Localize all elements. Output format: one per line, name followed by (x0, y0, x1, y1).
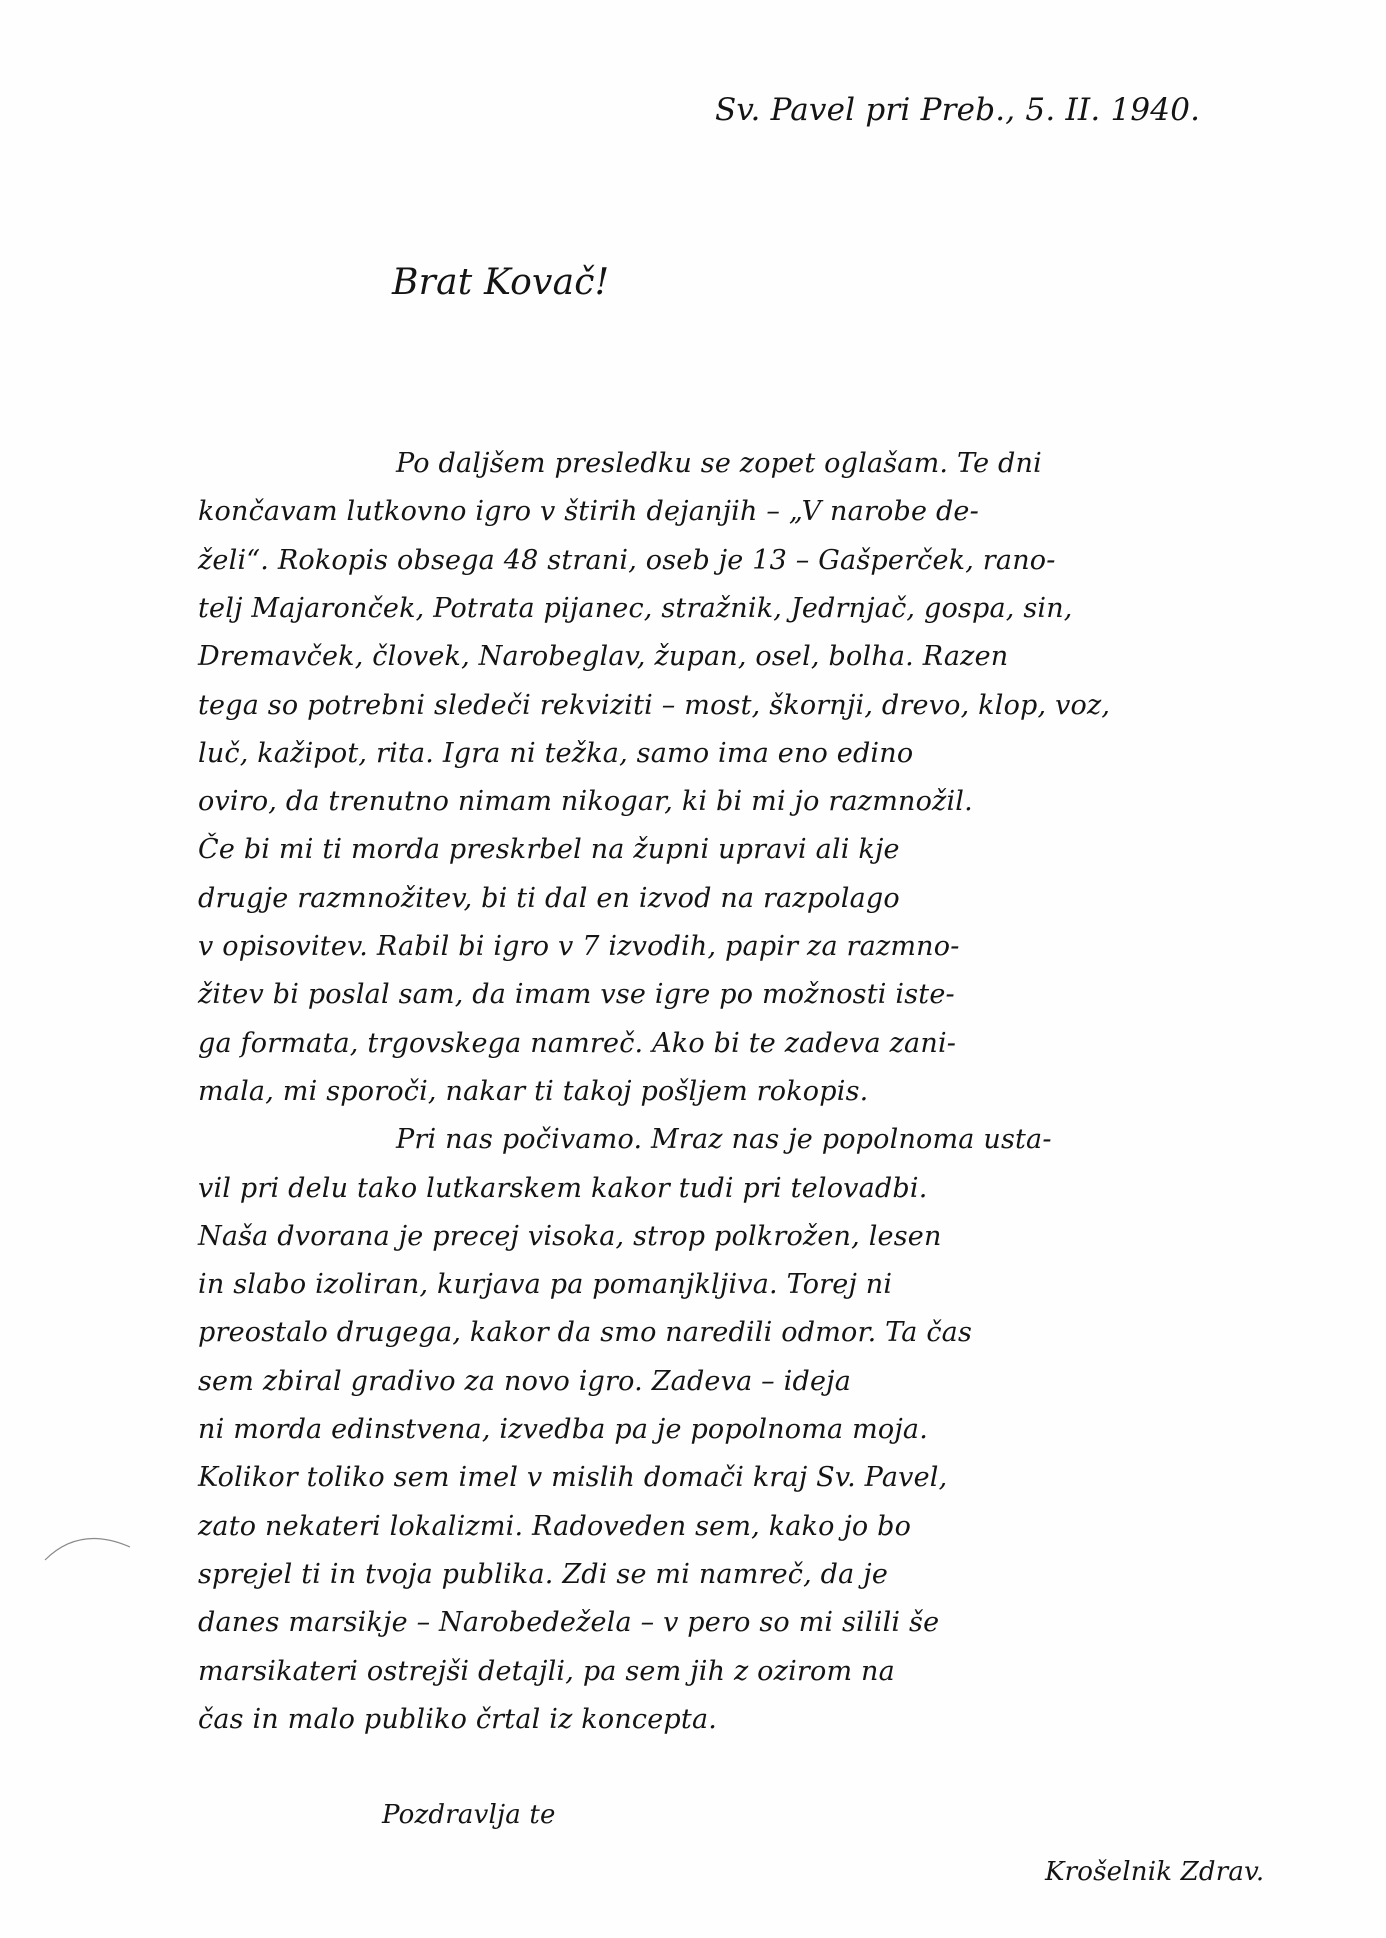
letter-line: ga formata, trgovskega namreč. Ako bi te… (198, 1030, 956, 1057)
letter-line: žitev bi poslal sam, da imam vse igre po… (198, 981, 955, 1008)
letter-line: tega so potrebni sledeči rekviziti – mos… (198, 692, 1110, 719)
letter-line: Po daljšem presledku se zopet oglašam. T… (396, 450, 1042, 477)
letter-page: Sv. Pavel pri Preb., 5. II. 1940. Brat K… (0, 0, 1386, 1938)
stray-pencil-mark (40, 1525, 135, 1565)
letter-line: telj Majaronček, Potrata pijanec, stražn… (198, 595, 1073, 622)
letter-line: oviro, da trenutno nimam nikogar, ki bi … (198, 788, 973, 815)
letter-line: ni morda edinstvena, izvedba pa je popol… (198, 1416, 928, 1443)
letter-line: vil pri delu tako lutkarskem kakor tudi … (198, 1175, 928, 1202)
letter-line: zato nekateri lokalizmi. Radoveden sem, … (198, 1513, 911, 1540)
letter-line: Naša dvorana je precej visoka, strop pol… (198, 1223, 942, 1250)
letter-signature: Krošelnik Zdrav. (1045, 1857, 1264, 1887)
letter-line: Če bi mi ti morda preskrbel na župni upr… (198, 836, 900, 863)
letter-line: sprejel ti in tvoja publika. Zdi se mi n… (198, 1561, 888, 1588)
letter-dateline: Sv. Pavel pri Preb., 5. II. 1940. (715, 92, 1200, 128)
letter-line: Kolikor toliko sem imel v mislih domači … (198, 1464, 947, 1491)
letter-line: želi“. Rokopis obsega 48 strani, oseb je… (198, 547, 1056, 574)
letter-line: marsikateri ostrejši detajli, pa sem jih… (198, 1658, 895, 1685)
letter-closing: Pozdravlja te (382, 1800, 556, 1830)
letter-line: Dremavček, človek, Narobeglav, župan, os… (198, 643, 1008, 670)
letter-line: danes marsikje – Narobedežela – v pero s… (198, 1609, 939, 1636)
letter-salutation: Brat Kovač! (392, 262, 609, 303)
letter-line: mala, mi sporoči, nakar ti takoj pošljem… (198, 1078, 868, 1105)
letter-line: v opisovitev. Rabil bi igro v 7 izvodih,… (198, 933, 960, 960)
letter-line: končavam lutkovno igro v štirih dejanjih… (198, 498, 979, 525)
letter-line: preostalo drugega, kakor da smo naredili… (198, 1319, 972, 1346)
letter-line: luč, kažipot, rita. Igra ni težka, samo … (198, 740, 913, 767)
letter-line: drugje razmnožitev, bi ti dal en izvod n… (198, 885, 900, 912)
letter-line: sem zbiral gradivo za novo igro. Zadeva … (198, 1368, 851, 1395)
letter-line: Pri nas počivamo. Mraz nas je popolnoma … (396, 1126, 1052, 1153)
letter-line: čas in malo publiko črtal iz koncepta. (198, 1706, 717, 1733)
letter-line: in slabo izoliran, kurjava pa pomanjklji… (198, 1271, 892, 1298)
